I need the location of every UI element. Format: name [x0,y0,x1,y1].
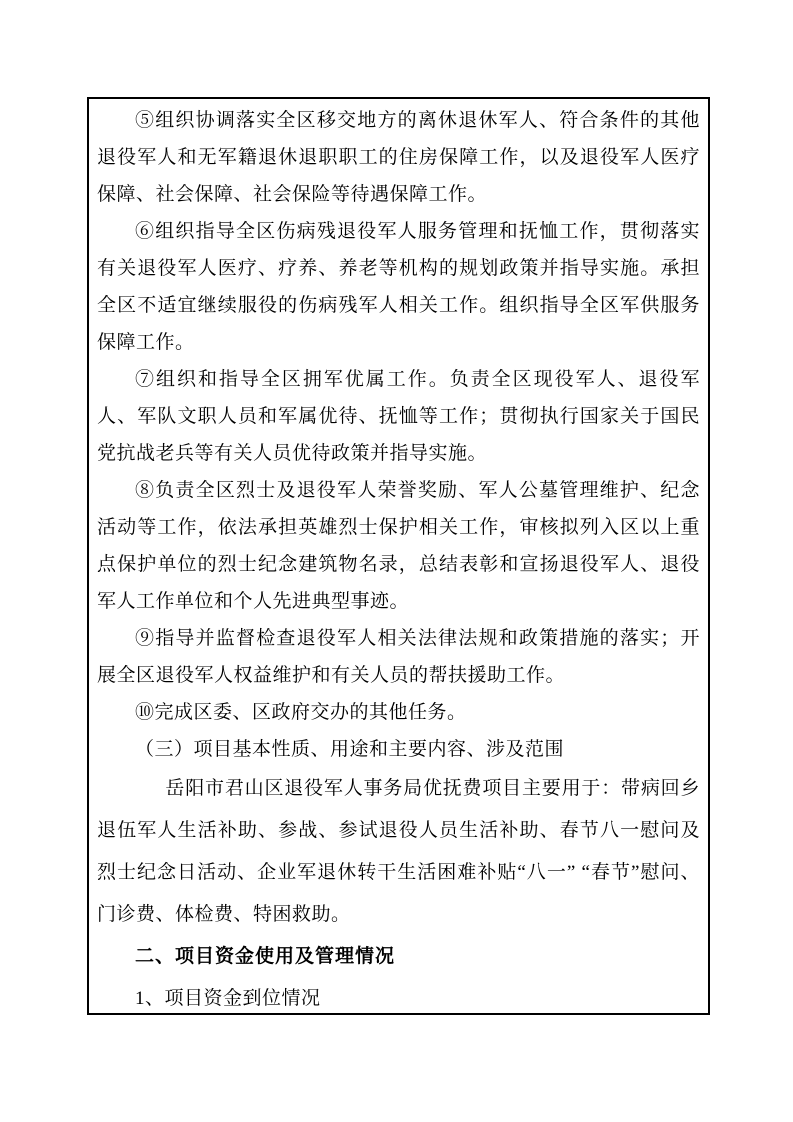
clause-paragraph-5: ⑤组织协调落实全区移交地方的离休退休军人、符合条件的其他退役军人和无军籍退休退职… [97,102,700,213]
clause-paragraph-9: ⑨指导并监督检查退役军人相关法律法规和政策措施的落实；开展全区退役军人权益维护和… [97,620,700,694]
table-cell-border: ⑤组织协调落实全区移交地方的离休退休军人、符合条件的其他退役军人和无军籍退休退职… [87,97,710,1015]
document-page: ⑤组织协调落实全区移交地方的离休退休军人、符合条件的其他退役军人和无军籍退休退职… [0,0,793,1122]
clause-paragraph-6: ⑥组织指导全区伤病残退役军人服务管理和抚恤工作，贯彻落实有关退役军人医疗、疗养、… [97,213,700,361]
clause-paragraph-7: ⑦组织和指导全区拥军优属工作。负责全区现役军人、退役军人、军队文职人员和军属优待… [97,361,700,472]
project-usage-paragraph: 岳阳市君山区退役军人事务局优抚费项目主要用于：带病回乡退伍军人生活补助、参战、参… [97,768,700,936]
subsection-1-heading: 1、项目资金到位情况 [97,978,700,1015]
clause-paragraph-8: ⑧负责全区烈士及退役军人荣誉奖励、军人公墓管理维护、纪念活动等工作，依法承担英雄… [97,472,700,620]
section-2-heading: 二、项目资金使用及管理情况 [97,936,700,978]
clause-paragraph-10: ⑩完成区委、区政府交办的其他任务。 [97,694,700,731]
section-3-heading: （三）项目基本性质、用途和主要内容、涉及范围 [97,731,700,768]
